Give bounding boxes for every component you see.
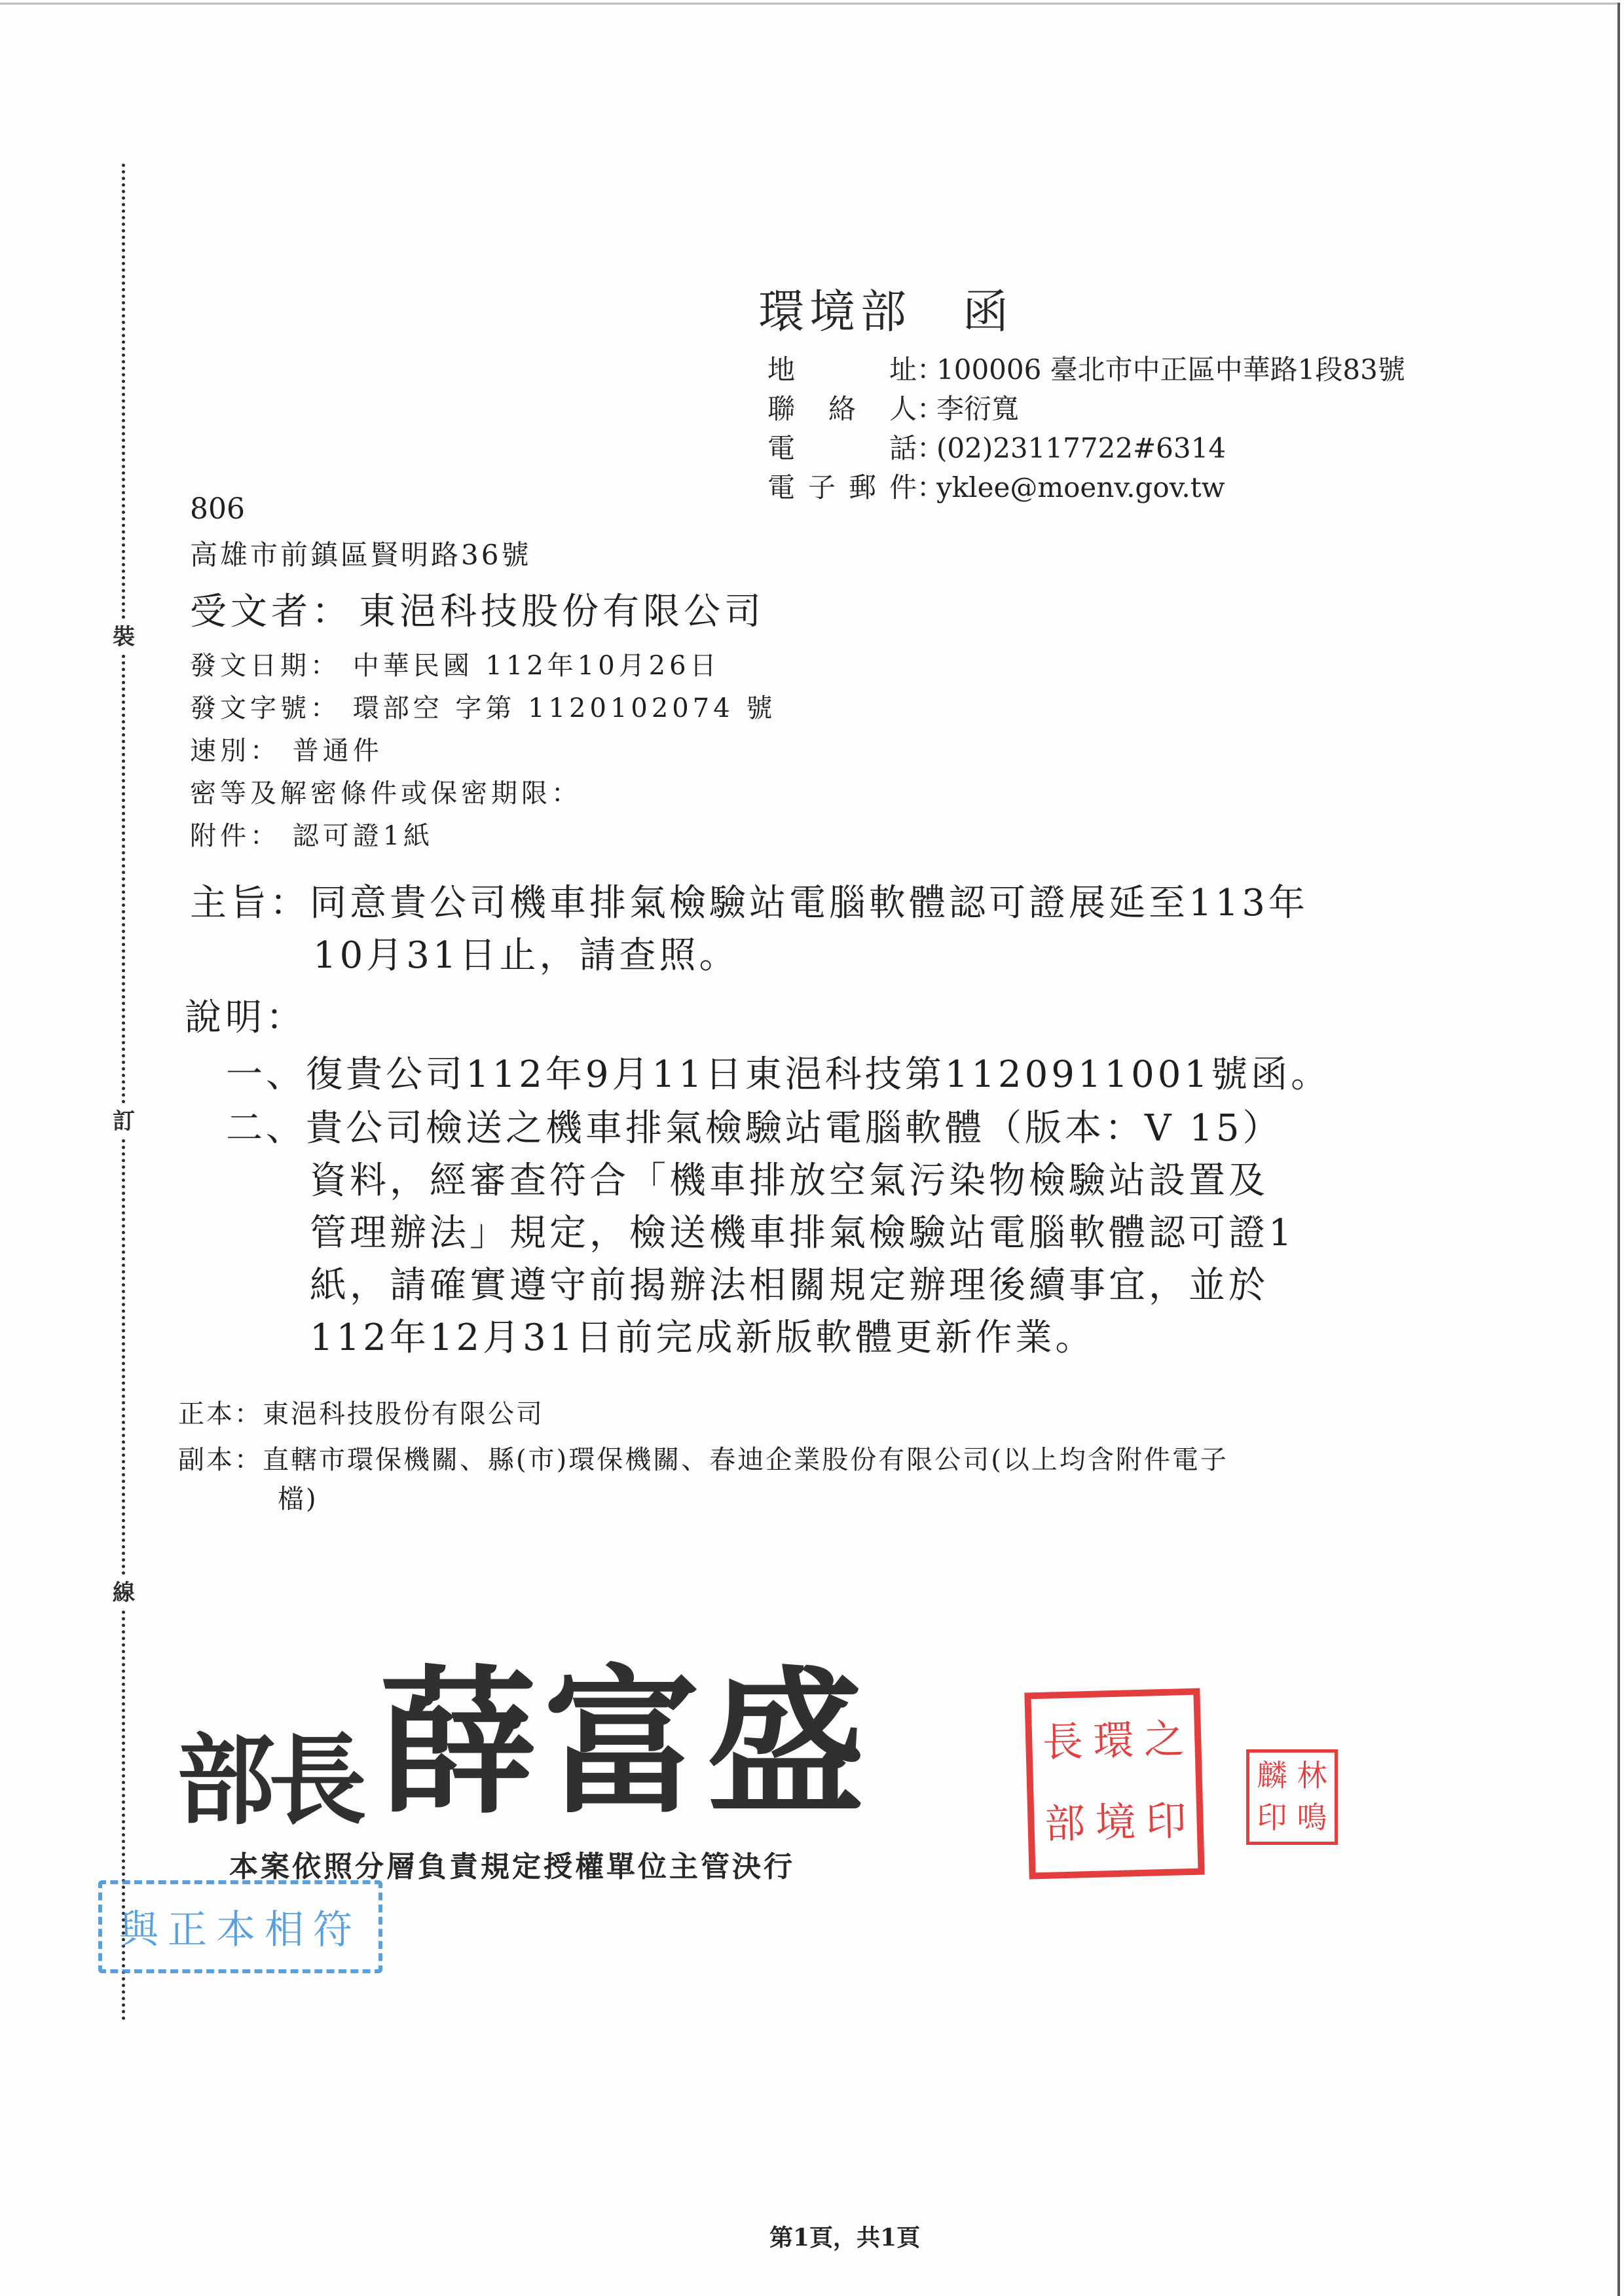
binding-label-bind: 裝 xyxy=(109,622,139,652)
copy-label: 副本： xyxy=(178,1445,263,1475)
binding-label-staple: 訂 xyxy=(109,1106,139,1137)
seal-char: 長 xyxy=(1037,1703,1090,1785)
contact-address-value: 100006 臺北市中正區中華路1段83號 xyxy=(936,354,1405,386)
meta-value: 環部空 字第 1120102074 號 xyxy=(353,693,777,723)
ministry-seal-large: 長 環 之 部 境 印 xyxy=(1024,1688,1204,1880)
seal-char: 境 xyxy=(1089,1783,1142,1865)
meta-attachment: 附件： 認可證1紙 xyxy=(190,815,434,852)
item-line: 貴公司檢送之機車排氣檢驗站電腦軟體（版本：V 15） xyxy=(306,1107,1283,1150)
meta-label: 速別： xyxy=(190,736,280,766)
meta-value: 中華民國 112年10月26日 xyxy=(353,651,720,681)
contact-address-label: 地址 xyxy=(767,348,917,388)
page-edge-right xyxy=(1617,3,1620,2296)
item-line: 復貴公司112年9月11日東浥科技第1120911001號函。 xyxy=(306,1053,1331,1096)
original-value: 東浥科技股份有限公司 xyxy=(263,1399,544,1429)
meta-speed: 速別： 普通件 xyxy=(190,730,383,767)
subject-line: 同意貴公司機車排氣檢驗站電腦軟體認可證展延至113年 xyxy=(310,882,1308,924)
subject-section: 主旨：同意貴公司機車排氣檢驗站電腦軟體認可證展延至113年 10月31日止，請查… xyxy=(190,877,1308,982)
meta-label: 發文日期： xyxy=(190,651,341,681)
recipient-label: 受文者： xyxy=(190,591,352,633)
seal-char: 部 xyxy=(1039,1785,1092,1867)
original-recipient: 正本：東浥科技股份有限公司 xyxy=(178,1394,544,1434)
seal-char: 印 xyxy=(1140,1781,1193,1864)
binding-dotted-line xyxy=(122,164,125,2022)
meta-label: 附件： xyxy=(190,821,280,851)
contact-phone-value: (02)23117722#6314 xyxy=(936,432,1226,464)
item-line: 112年12月31日前完成新版軟體更新作業。 xyxy=(226,1312,1295,1364)
item-number: 二、 xyxy=(226,1107,306,1150)
contact-person-label: 聯絡人 xyxy=(767,388,917,427)
contact-email: 電子郵件：yklee@moenv.gov.tw xyxy=(767,466,1225,505)
officer-seal-small: 麟 林 印 鳴 xyxy=(1246,1749,1338,1845)
meta-doc-number: 發文字號： 環部空 字第 1120102074 號 xyxy=(190,687,776,725)
page-number: 第1頁，共1頁 xyxy=(769,2219,920,2253)
seal-char: 鳴 xyxy=(1292,1797,1332,1839)
meta-value: 認可證1紙 xyxy=(293,821,434,851)
item-line: 紙，請確實遵守前揭辦法相關規定辦理後續事宜，並於 xyxy=(226,1260,1295,1312)
explanation-label: 說明： xyxy=(185,989,306,1041)
explanation-item-2: 二、貴公司檢送之機車排氣檢驗站電腦軟體（版本：V 15） 資料，經審查符合「機車… xyxy=(226,1102,1295,1364)
seal-char: 林 xyxy=(1292,1755,1332,1797)
contact-email-label: 電子郵件 xyxy=(767,466,917,505)
seal-char: 麟 xyxy=(1252,1755,1292,1797)
copy-line: 直轄市環保機關、縣(市)環保機關、春迪企業股份有限公司(以上均含附件電子 xyxy=(263,1445,1228,1475)
seal-char: 印 xyxy=(1252,1797,1292,1839)
meta-issue-date: 發文日期： 中華民國 112年10月26日 xyxy=(190,645,720,682)
binding-label-line: 線 xyxy=(109,1578,139,1608)
subject-label: 主旨： xyxy=(190,882,310,924)
page-edge-top xyxy=(0,3,1620,5)
recipient-zip: 806 xyxy=(190,492,245,526)
meta-label: 發文字號： xyxy=(190,693,341,723)
contact-person-value: 李衍寬 xyxy=(936,393,1019,425)
meta-value: 普通件 xyxy=(293,736,383,766)
item-line: 資料，經審查符合「機車排放空氣污染物檢驗站設置及 xyxy=(226,1155,1295,1207)
contact-email-value: yklee@moenv.gov.tw xyxy=(936,471,1225,503)
recipient-name: 東浥科技股份有限公司 xyxy=(359,591,765,633)
meta-confidentiality: 密等及解密條件或保密期限： xyxy=(190,773,581,810)
item-number: 一、 xyxy=(226,1053,306,1096)
seal-char: 環 xyxy=(1087,1702,1140,1784)
item-line: 管理辦法」規定，檢送機車排氣檢驗站電腦軟體認可證1 xyxy=(226,1207,1295,1260)
copy-line: 檔) xyxy=(178,1480,1228,1519)
recipient-address: 高雄市前鎮區賢明路36號 xyxy=(190,534,531,573)
contact-phone: 電話：(02)23117722#6314 xyxy=(767,427,1226,466)
minister-signature: 部長薛富盛 xyxy=(177,1617,871,1843)
contact-person: 聯絡人：李衍寬 xyxy=(767,388,1019,427)
copy-recipients: 副本：直轄市環保機關、縣(市)環保機關、春迪企業股份有限公司(以上均含附件電子 … xyxy=(178,1440,1228,1519)
signature-title: 部長 xyxy=(177,1702,360,1843)
subject-line: 10月31日止，請查照。 xyxy=(190,930,1308,982)
delegation-note: 本案依照分層負責規定授權單位主管決行 xyxy=(229,1843,795,1885)
certified-copy-stamp: 與正本相符 xyxy=(98,1880,382,1973)
document-title: 環境部 函 xyxy=(758,275,1014,341)
meta-label: 密等及解密條件或保密期限： xyxy=(190,778,581,809)
original-label: 正本： xyxy=(178,1399,263,1429)
explanation-item-1: 一、復貴公司112年9月11日東浥科技第1120911001號函。 xyxy=(226,1049,1331,1101)
contact-address: 地址：100006 臺北市中正區中華路1段83號 xyxy=(767,348,1405,388)
signature-name: 薛富盛 xyxy=(380,1617,871,1843)
seal-char: 之 xyxy=(1137,1700,1190,1783)
recipient-line: 受文者：東浥科技股份有限公司 xyxy=(190,583,765,635)
contact-phone-label: 電話 xyxy=(767,427,917,466)
